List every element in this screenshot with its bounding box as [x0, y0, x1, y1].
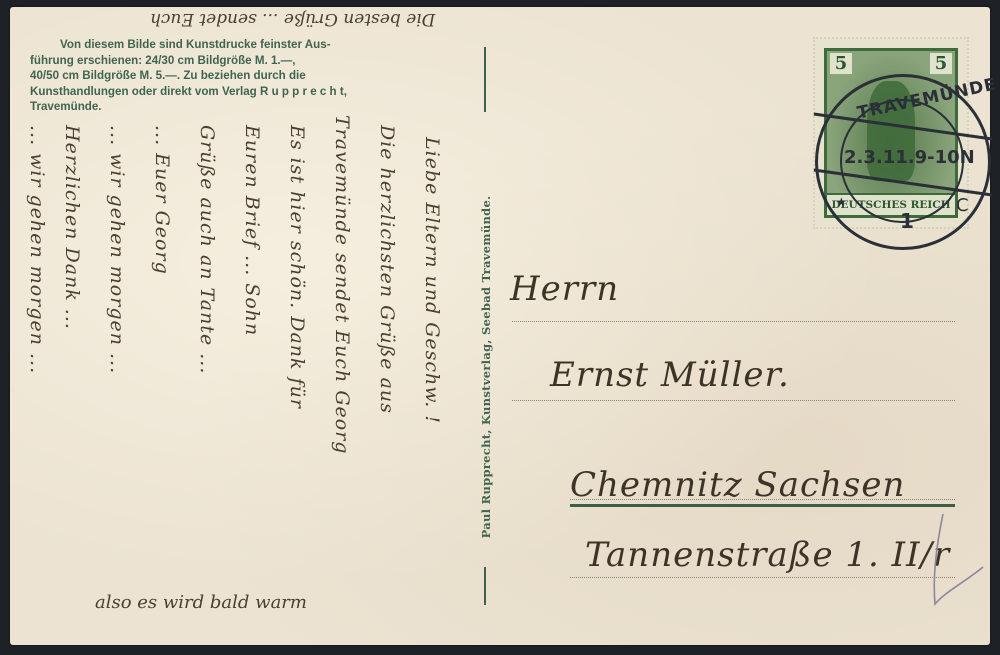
address-line: [512, 321, 955, 322]
address-line: [512, 400, 955, 401]
address-underline: [570, 504, 955, 507]
message-line: Grüße auch an Tante ...: [196, 125, 218, 374]
printed-note-line: Kunsthandlungen oder direkt vom Verlag R…: [30, 84, 450, 100]
stamp-value: 5: [830, 53, 852, 74]
postmark-date: 2.3.11.9-10N: [844, 147, 975, 168]
postmark-letter: C: [956, 195, 969, 216]
printed-note-line: Travemünde.: [30, 99, 450, 115]
divider-line: [484, 47, 486, 112]
printed-note-line: führung erschienen: 24/30 cm Bildgröße M…: [30, 53, 450, 69]
inverted-handwriting-top: Die besten Grüße ... sendet Euch: [150, 9, 435, 29]
message-line: Herzlichen Dank ...: [61, 125, 83, 330]
address-line: [570, 577, 955, 578]
message-closing-line: also es wird bald warm: [95, 592, 307, 613]
postcard: Die besten Grüße ... sendet Euch Von die…: [10, 7, 990, 645]
postmark: TRAVEMÜNDE 2.3.11.9-10N ★ 1 C: [815, 74, 991, 250]
message-line: ... Euer Georg: [151, 125, 173, 275]
postmark-star: ★: [836, 195, 847, 209]
message-line: ... wir gehen morgen ...: [106, 125, 128, 374]
address-line: [570, 499, 955, 500]
postmark-number: 1: [900, 209, 914, 233]
message-line: Die herzlichsten Grüße aus: [376, 125, 398, 414]
address-salutation: Herrn: [510, 269, 619, 309]
message-line: Travemünde sendet Euch Georg: [331, 115, 353, 454]
pencil-mark-icon: [925, 512, 985, 612]
printed-note-line: 40/50 cm Bildgröße M. 5.—. Zu beziehen d…: [30, 68, 450, 84]
message-line: Liebe Eltern und Geschw. !: [421, 137, 443, 424]
message-line: Es ist hier schön. Dank für: [286, 125, 308, 409]
printed-note-line: Von diesem Bilde sind Kunstdrucke feinst…: [30, 37, 450, 53]
message-line: Euren Brief ... Sohn: [241, 125, 263, 336]
stamp-value: 5: [930, 53, 952, 74]
address-street: Tannenstraße 1. II/r: [585, 535, 950, 575]
address-name: Ernst Müller.: [550, 355, 790, 395]
publisher-imprint: Paul Rupprecht, Kunstverlag, Seebad Trav…: [479, 196, 493, 539]
divider-line: [484, 567, 486, 605]
printed-note: Von diesem Bilde sind Kunstdrucke feinst…: [30, 37, 450, 115]
message-line: ... wir gehen morgen ...: [26, 125, 48, 374]
